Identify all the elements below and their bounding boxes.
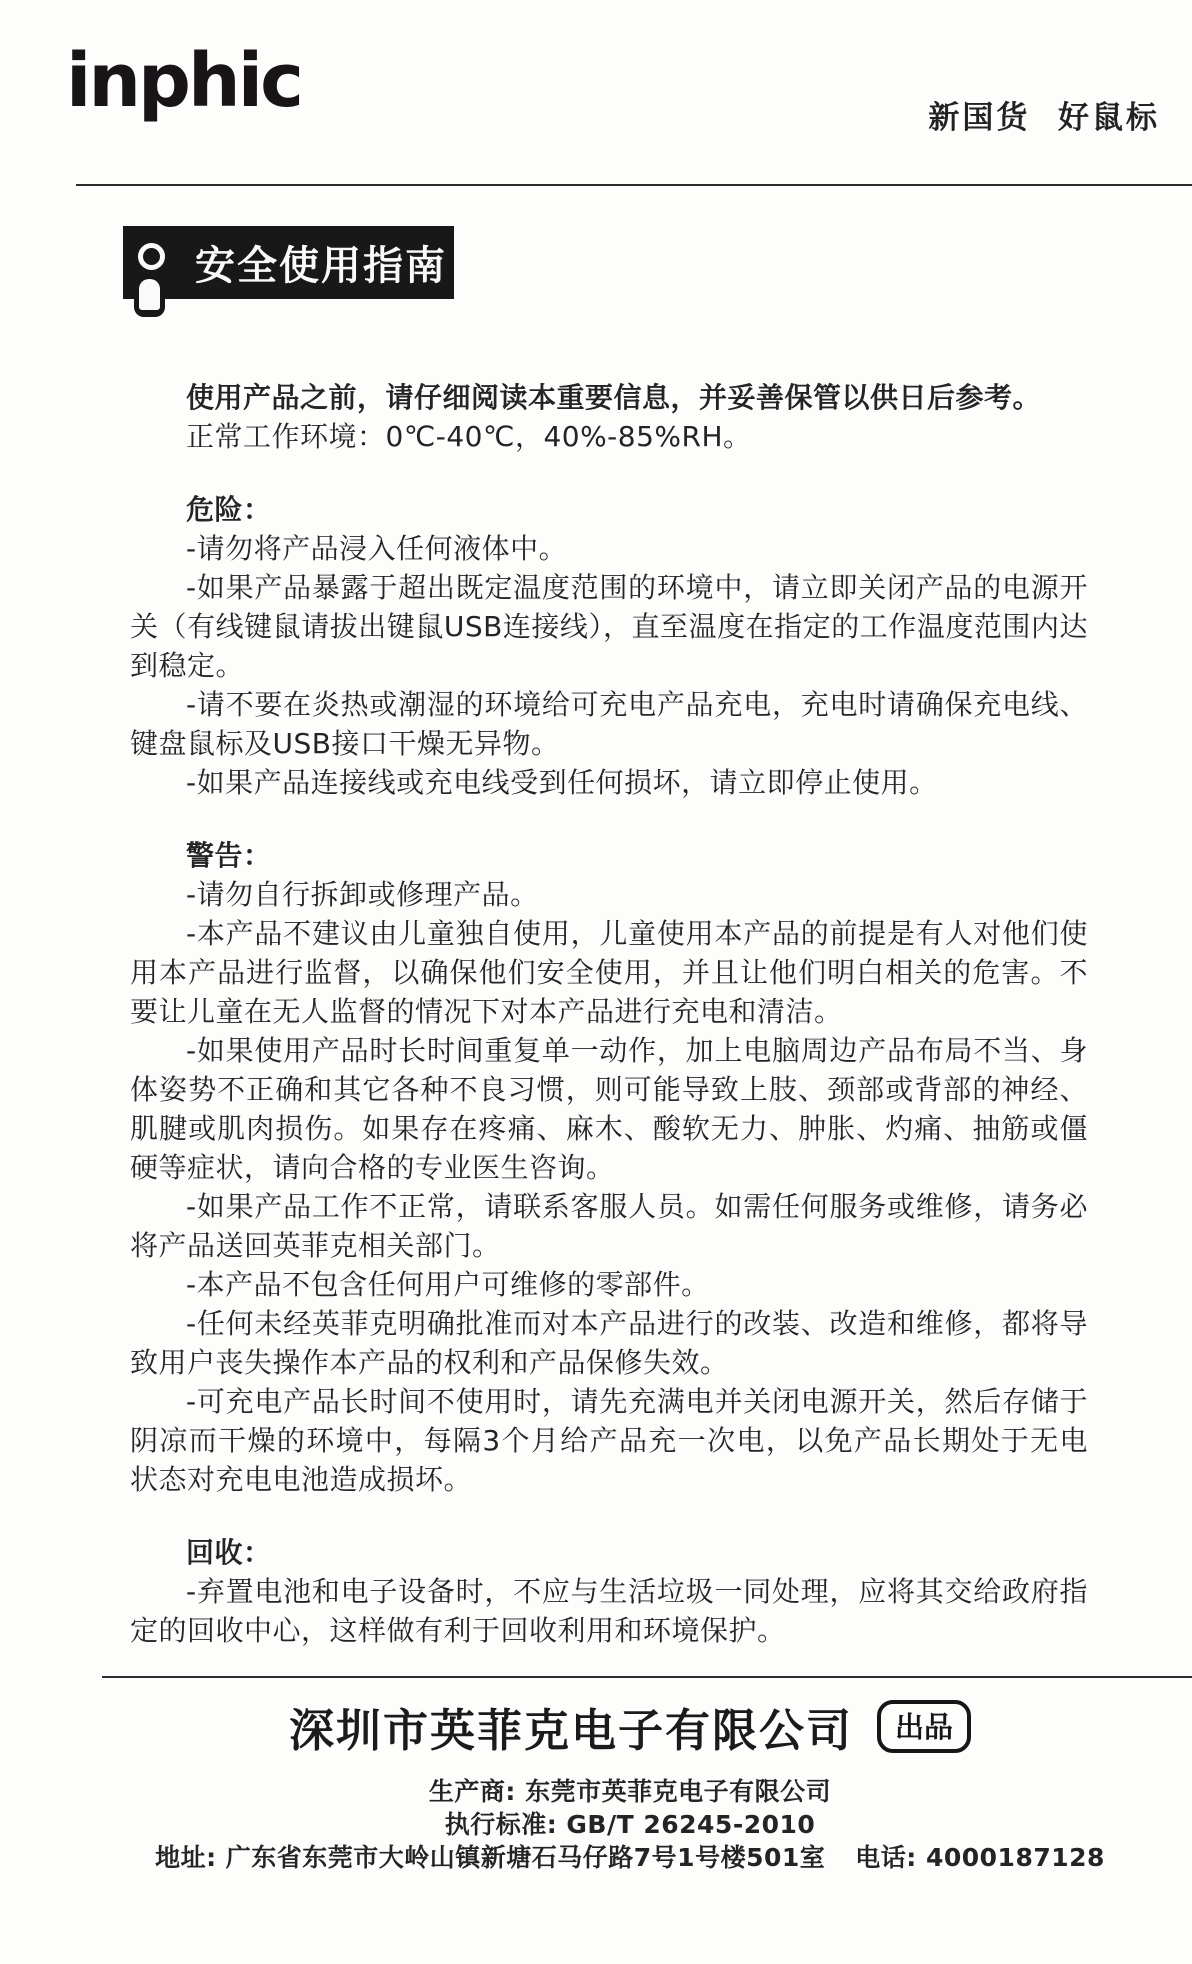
- section-title-danger: 危险：: [130, 490, 1088, 529]
- warning-item: -本产品不建议由儿童独自使用，儿童使用本产品的前提是有人对他们使用本产品进行监督…: [130, 914, 1088, 1031]
- warning-item: -本产品不包含任何用户可维修的零部件。: [130, 1265, 1088, 1304]
- safety-guide-title: 安全使用指南: [195, 234, 447, 291]
- footer: 深圳市英菲克电子有限公司 出品 生产商: 东莞市英菲克电子有限公司 执行标准: …: [34, 1694, 1192, 1874]
- danger-item: -请不要在炎热或潮湿的环境给可充电产品充电，充电时请确保充电线、键盘鼠标及USB…: [130, 685, 1088, 763]
- danger-item: -如果产品连接线或充电线受到任何损坏，请立即停止使用。: [130, 763, 1088, 802]
- danger-item: -请勿将产品浸入任何液体中。: [130, 529, 1088, 568]
- company-row: 深圳市英菲克电子有限公司 出品: [34, 1694, 1192, 1759]
- brand-logo: inphic: [66, 38, 301, 124]
- operating-environment-line: 正常工作环境：0℃-40℃，40%-85%RH。: [130, 417, 1088, 456]
- footer-info: 生产商: 东莞市英菲克电子有限公司 执行标准: GB/T 26245-2010 …: [34, 1775, 1192, 1874]
- warning-item: -如果产品工作不正常，请联系客服人员。如需任何服务或维修，请务必将产品送回英菲克…: [130, 1187, 1088, 1265]
- header-divider: [76, 184, 1192, 186]
- intro-line: 使用产品之前，请仔细阅读本重要信息，并妥善保管以供日后参考。: [130, 378, 1088, 417]
- manual-page: inphic 新国货 好鼠标 安全使用指南 使用产品之前，请仔细阅读本重要信息，…: [0, 0, 1192, 1964]
- warning-item: -任何未经英菲克明确批准而对本产品进行的改装、改造和维修，都将导致用户丧失操作本…: [130, 1304, 1088, 1382]
- address-text: 地址: 广东省东莞市大岭山镇新塘石马仔路7号1号楼501室: [155, 1843, 825, 1872]
- danger-item: -如果产品暴露于超出既定温度范围的环境中，请立即关闭产品的电源开关（有线键鼠请拔…: [130, 568, 1088, 685]
- produced-by-badge: 出品: [877, 1700, 971, 1753]
- manufacturer-line: 生产商: 东莞市英菲克电子有限公司: [34, 1775, 1192, 1808]
- guide-body: 使用产品之前，请仔细阅读本重要信息，并妥善保管以供日后参考。 正常工作环境：0℃…: [130, 378, 1088, 1650]
- footer-divider: [102, 1676, 1192, 1678]
- address-line: 地址: 广东省东莞市大岭山镇新塘石马仔路7号1号楼501室电话: 4000187…: [34, 1841, 1192, 1874]
- section-title-recycle: 回收：: [130, 1533, 1088, 1572]
- phone-text: 电话: 4000187128: [855, 1843, 1105, 1872]
- warning-item: -请勿自行拆卸或修理产品。: [130, 875, 1088, 914]
- section-title-warning: 警告：: [130, 836, 1088, 875]
- person-pin-icon: [123, 226, 179, 299]
- recycle-item: -弃置电池和电子设备时，不应与生活垃圾一同处理，应将其交给政府指定的回收中心，这…: [130, 1572, 1088, 1650]
- standard-line: 执行标准: GB/T 26245-2010: [34, 1808, 1192, 1841]
- safety-guide-title-bar: 安全使用指南: [123, 226, 454, 299]
- company-name: 深圳市英菲克电子有限公司: [289, 1694, 853, 1759]
- warning-item: -可充电产品长时间不使用时，请先充满电并关闭电源开关，然后存储于阴凉而干燥的环境…: [130, 1382, 1088, 1499]
- warning-item: -如果使用产品时长时间重复单一动作，加上电脑周边产品布局不当、身体姿势不正确和其…: [130, 1031, 1088, 1187]
- brand-tagline: 新国货 好鼠标: [928, 92, 1160, 137]
